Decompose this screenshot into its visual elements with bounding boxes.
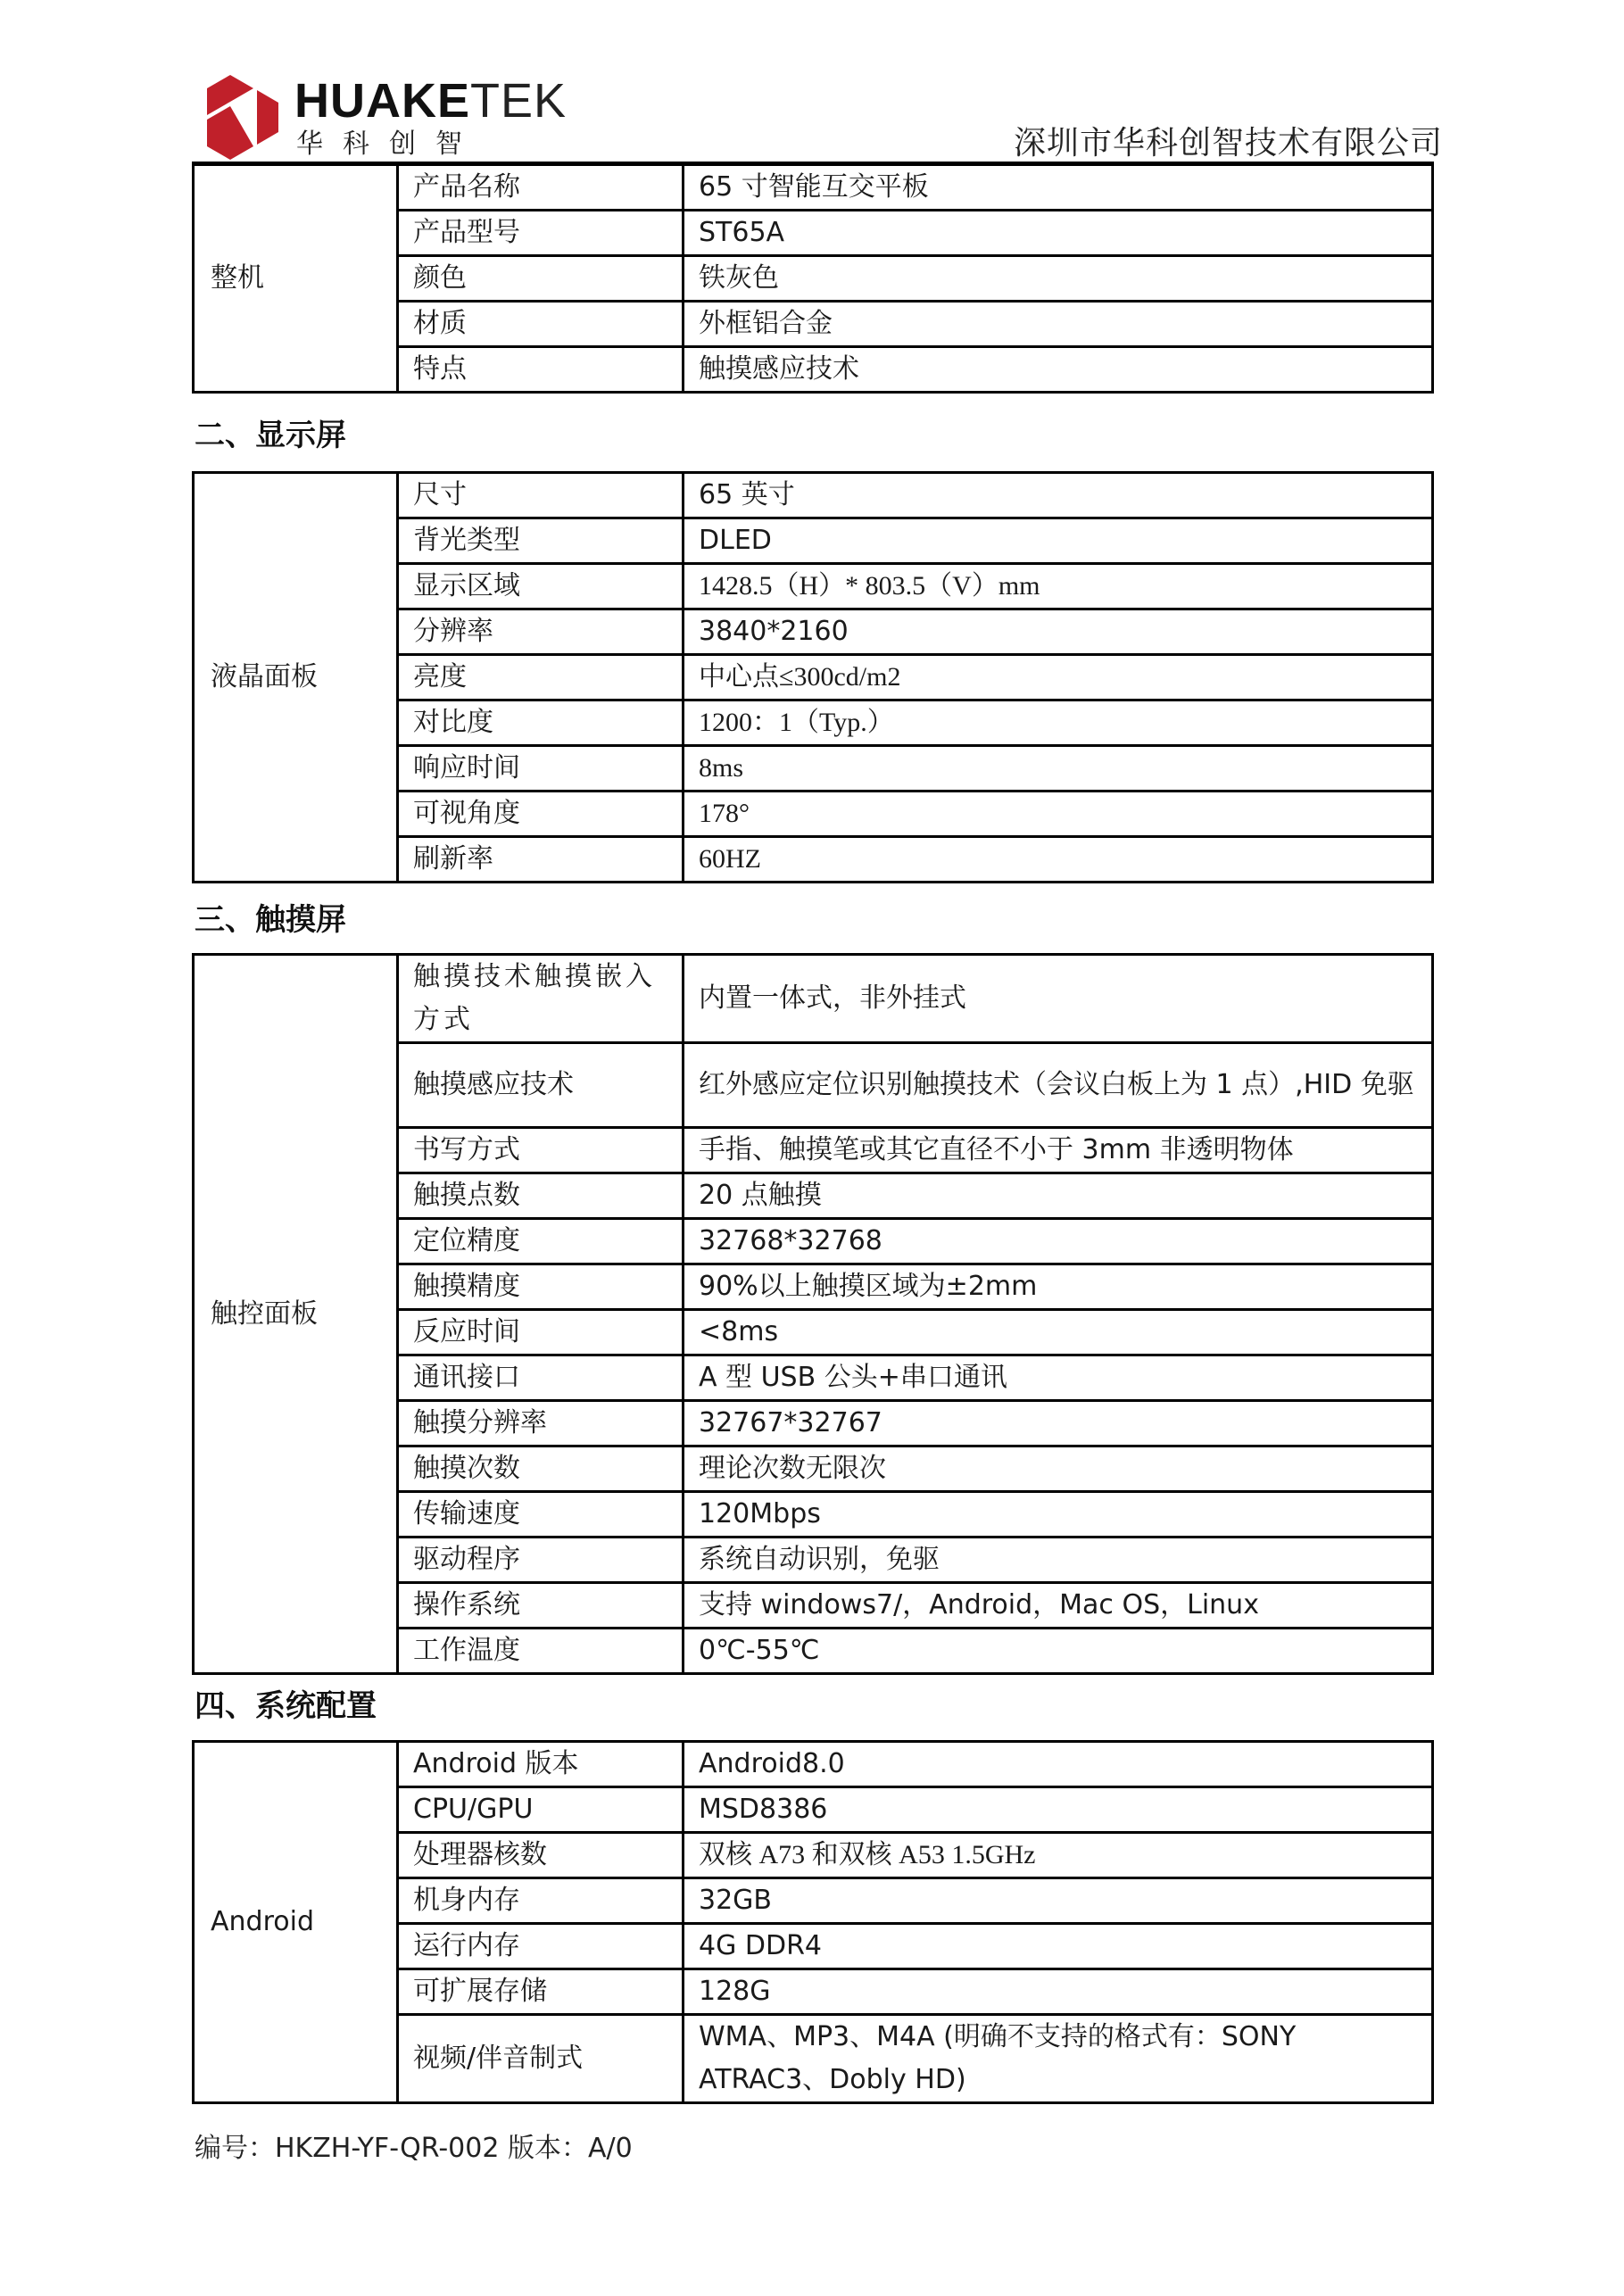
spec-label: 触摸点数 xyxy=(398,1173,684,1219)
spec-label: 触摸技术触摸嵌入方式 xyxy=(398,955,684,1043)
spec-label: 运行内存 xyxy=(398,1924,684,1969)
spec-label: 显示区域 xyxy=(398,564,684,609)
spec-label: 尺寸 xyxy=(398,473,684,518)
brand-bold: HUAKE xyxy=(294,74,470,128)
spec-label: 产品型号 xyxy=(398,211,684,256)
table-row: 整机 产品名称 65 寸智能互交平板 xyxy=(194,165,1433,211)
spec-value: WMA、MP3、M4A (明确不支持的格式有：SONY ATRAC3、Dobly… xyxy=(684,2015,1433,2103)
spec-label: 反应时间 xyxy=(398,1310,684,1355)
spec-value: 触摸感应技术 xyxy=(684,347,1433,393)
spec-value: 60HZ xyxy=(684,837,1433,883)
spec-value: 4G DDR4 xyxy=(684,1924,1433,1969)
spec-value: 中心点≤300cd/m2 xyxy=(684,655,1433,700)
spec-value: 65 英寸 xyxy=(684,473,1433,518)
spec-label: 视频/伴音制式 xyxy=(398,2015,684,2103)
machine-spec-table: 整机 产品名称 65 寸智能互交平板 产品型号 ST65A 颜色 铁灰色 材质 … xyxy=(192,163,1434,394)
spec-value: 65 寸智能互交平板 xyxy=(684,165,1433,211)
spec-value: MSD8386 xyxy=(684,1787,1433,1833)
spec-label: CPU/GPU xyxy=(398,1787,684,1833)
spec-value: 90%以上触摸区域为±2mm xyxy=(684,1264,1433,1310)
spec-label: 可扩展存储 xyxy=(398,1969,684,2015)
spec-label: 背光类型 xyxy=(398,518,684,564)
brand-wordmark: HUAKETEK xyxy=(294,77,567,125)
spec-label: 颜色 xyxy=(398,256,684,302)
group-label: 整机 xyxy=(194,165,398,393)
brand-light: TEK xyxy=(470,74,567,128)
spec-value: 3840*2160 xyxy=(684,609,1433,655)
spec-value: 系统自动识别，免驱 xyxy=(684,1538,1433,1583)
spec-value: 1200：1（Typ.） xyxy=(684,700,1433,746)
spec-value: 120Mbps xyxy=(684,1492,1433,1538)
spec-label: 驱动程序 xyxy=(398,1538,684,1583)
spec-value: 双核 A73 和双核 A53 1.5GHz xyxy=(684,1833,1433,1878)
section-heading-touch: 三、触摸屏 xyxy=(195,895,346,939)
spec-label: 触摸次数 xyxy=(398,1446,684,1492)
spec-value: 理论次数无限次 xyxy=(684,1446,1433,1492)
spec-value: 支持 windows7/，Android，Mac OS，Linux xyxy=(684,1583,1433,1629)
display-spec-table: 液晶面板 尺寸 65 英寸 背光类型 DLED 显示区域 1428.5（H）* … xyxy=(192,471,1434,883)
spec-label: 对比度 xyxy=(398,700,684,746)
huaketek-logo-icon xyxy=(207,75,278,160)
spec-label: 机身内存 xyxy=(398,1878,684,1924)
spec-label: 触摸精度 xyxy=(398,1264,684,1310)
spec-label: 产品名称 xyxy=(398,165,684,211)
spec-value: 红外感应定位识别触摸技术（会议白板上为 1 点）,HID 免驱 xyxy=(684,1043,1433,1128)
spec-label: 处理器核数 xyxy=(398,1833,684,1878)
spec-value: A 型 USB 公头+串口通讯 xyxy=(684,1355,1433,1401)
spec-label: 特点 xyxy=(398,347,684,393)
spec-value: 手指、触摸笔或其它直径不小于 3mm 非透明物体 xyxy=(684,1128,1433,1173)
table-row: Android Android 版本 Android8.0 xyxy=(194,1742,1433,1787)
table-row: 触控面板 触摸技术触摸嵌入方式 内置一体式，非外挂式 xyxy=(194,955,1433,1043)
spec-value: 0℃-55℃ xyxy=(684,1629,1433,1674)
spec-label: 触摸感应技术 xyxy=(398,1043,684,1128)
spec-value: 8ms xyxy=(684,746,1433,792)
group-label: 触控面板 xyxy=(194,955,398,1674)
spec-label: 定位精度 xyxy=(398,1219,684,1264)
spec-label: 工作温度 xyxy=(398,1629,684,1674)
spec-label: 传输速度 xyxy=(398,1492,684,1538)
touch-spec-table: 触控面板 触摸技术触摸嵌入方式 内置一体式，非外挂式 触摸感应技术 红外感应定位… xyxy=(192,953,1434,1675)
section-heading-system: 四、系统配置 xyxy=(195,1681,377,1725)
spec-label: 可视角度 xyxy=(398,792,684,837)
document-code-footer: 编号：HKZH-YF-QR-002 版本：A/0 xyxy=(195,2126,633,2165)
spec-value: 128G xyxy=(684,1969,1433,2015)
section-heading-display: 二、显示屏 xyxy=(195,410,346,454)
spec-label: 分辨率 xyxy=(398,609,684,655)
spec-value: 178° xyxy=(684,792,1433,837)
spec-label: 响应时间 xyxy=(398,746,684,792)
spec-value: 铁灰色 xyxy=(684,256,1433,302)
brand-chinese: 华科创智 xyxy=(296,121,482,161)
spec-value: 20 点触摸 xyxy=(684,1173,1433,1219)
spec-label: 材质 xyxy=(398,302,684,347)
spec-label: 操作系统 xyxy=(398,1583,684,1629)
spec-label: 通讯接口 xyxy=(398,1355,684,1401)
spec-value: 外框铝合金 xyxy=(684,302,1433,347)
spec-value: 1428.5（H）* 803.5（V）mm xyxy=(684,564,1433,609)
spec-value: Android8.0 xyxy=(684,1742,1433,1787)
spec-value: 内置一体式，非外挂式 xyxy=(684,955,1433,1043)
spec-value: DLED xyxy=(684,518,1433,564)
spec-value: <8ms xyxy=(684,1310,1433,1355)
table-row: 液晶面板 尺寸 65 英寸 xyxy=(194,473,1433,518)
spec-value: 32768*32768 xyxy=(684,1219,1433,1264)
spec-label: Android 版本 xyxy=(398,1742,684,1787)
group-label: Android xyxy=(194,1742,398,2103)
spec-label: 书写方式 xyxy=(398,1128,684,1173)
spec-value: 32767*32767 xyxy=(684,1401,1433,1446)
spec-label: 刷新率 xyxy=(398,837,684,883)
spec-value: ST65A xyxy=(684,211,1433,256)
system-spec-table: Android Android 版本 Android8.0 CPU/GPU MS… xyxy=(192,1740,1434,2104)
spec-value: 32GB xyxy=(684,1878,1433,1924)
group-label: 液晶面板 xyxy=(194,473,398,883)
company-name: 深圳市华科创智技术有限公司 xyxy=(1014,118,1443,163)
spec-label: 触摸分辨率 xyxy=(398,1401,684,1446)
spec-label: 亮度 xyxy=(398,655,684,700)
